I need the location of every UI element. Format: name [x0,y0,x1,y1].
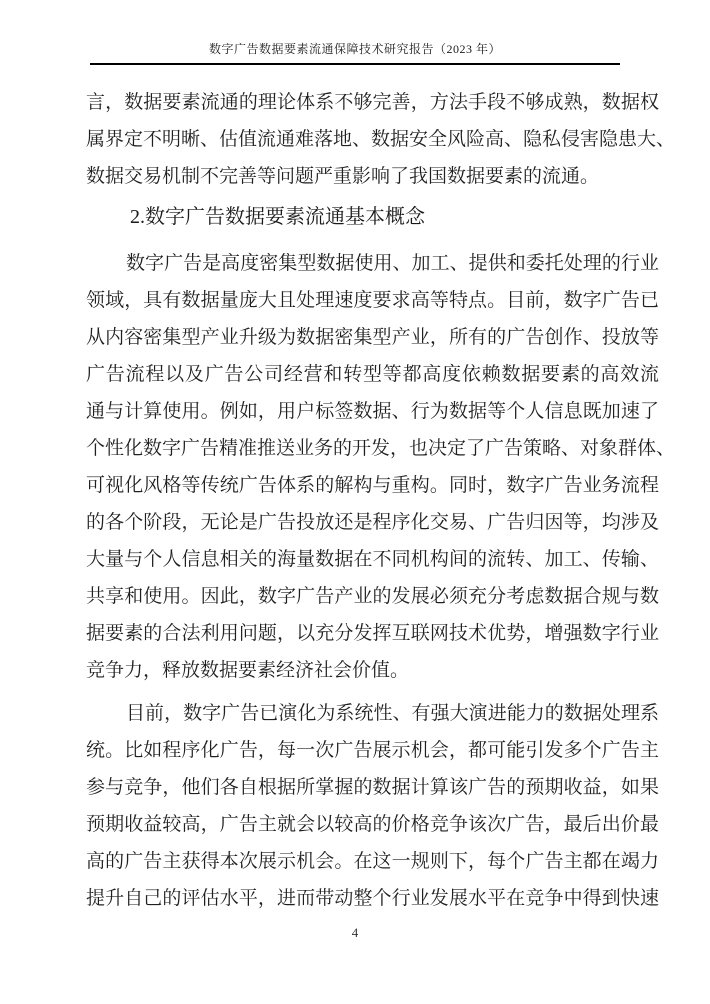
page-number: 4 [0,925,710,941]
text-line: 据要素的合法利用问题，以充分发挥互联网技术优势，增强数字行业 [86,615,659,652]
text-line: 预期收益较高，广告主就会以较高的价格竞争该次广告，最后出价最 [86,806,659,843]
text-line: 通与计算使用。例如，用户标签数据、行为数据等个人信息既加速了 [86,393,659,430]
paragraph: 数字广告是高度密集型数据使用、加工、提供和委托处理的行业领域，具有数据量庞大且处… [86,245,659,689]
text-line: 的各个阶段，无论是广告投放还是程序化交易、广告归因等，均涉及 [86,504,659,541]
text-line: 广告流程以及广告公司经营和转型等都高度依赖数据要素的高效流 [86,356,659,393]
text-line: 可视化风格等传统广告体系的解构与重构。同时，数字广告业务流程 [86,467,659,504]
document-page: 数字广告数据要素流通保障技术研究报告（2023 年） 言，数据要素流通的理论体系… [0,0,710,1004]
text-line: 领域，具有数据量庞大且处理速度要求高等特点。目前，数字广告已 [86,282,659,319]
text-line: 共享和使用。因此，数字广告产业的发展必须充分考虑数据合规与数 [86,578,659,615]
text-line: 大量与个人信息相关的海量数据在不同机构间的流转、加工、传输、 [86,541,659,578]
page-header: 数字广告数据要素流通保障技术研究报告（2023 年） [90,40,620,65]
text-line: 个性化数字广告精准推送业务的开发，也决定了广告策略、对象群体、 [86,430,659,467]
paragraph: 言，数据要素流通的理论体系不够完善，方法手段不够成熟，数据权属界定不明晰、估值流… [86,84,659,195]
text-line: 言，数据要素流通的理论体系不够完善，方法手段不够成熟，数据权 [86,84,659,121]
text-line: 统。比如程序化广告，每一次广告展示机会，都可能引发多个广告主 [86,732,659,769]
running-header-title: 数字广告数据要素流通保障技术研究报告（2023 年） [209,42,501,56]
text-line: 从内容密集型产业升级为数据密集型产业，所有的广告创作、投放等 [86,319,659,356]
text-line: 高的广告主获得本次展示机会。在这一规则下，每个广告主都在竭力 [86,843,659,880]
text-line: 目前，数字广告已演化为系统性、有强大演进能力的数据处理系 [86,695,659,732]
paragraph: 目前，数字广告已演化为系统性、有强大演进能力的数据处理系统。比如程序化广告，每一… [86,695,659,917]
text-line: 竞争力，释放数据要素经济社会价值。 [86,652,659,689]
text-line: 数据交易机制不完善等问题严重影响了我国数据要素的流通。 [86,158,659,195]
document-body: 言，数据要素流通的理论体系不够完善，方法手段不够成熟，数据权属界定不明晰、估值流… [86,78,659,917]
section-heading: 2.数字广告数据要素流通基本概念 [86,201,659,233]
text-line: 属界定不明晰、估值流通难落地、数据安全风险高、隐私侵害隐患大、 [86,121,659,158]
text-line: 提升自己的评估水平，进而带动整个行业发展水平在竞争中得到快速 [86,880,659,917]
text-line: 数字广告是高度密集型数据使用、加工、提供和委托处理的行业 [86,245,659,282]
text-line: 参与竞争，他们各自根据所掌握的数据计算该广告的预期收益，如果 [86,769,659,806]
